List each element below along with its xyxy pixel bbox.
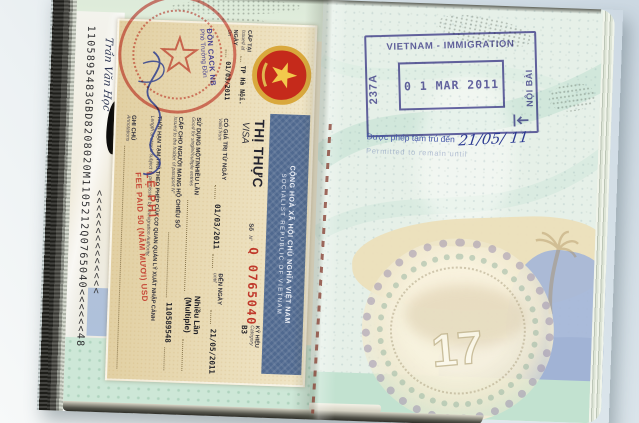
number-label-vi: Số: [247, 223, 253, 231]
entries-value: Nhiều Lần (Multiple): [182, 295, 201, 334]
valid-from-value: 01/03/2011: [212, 204, 223, 249]
immigration-entry-stamp: VIETNAM - IMMIGRATION 237A NỘI BÀI 0 1 M…: [364, 31, 539, 137]
valid-until-label-en: until: [210, 273, 216, 305]
dotted-leader: [210, 310, 211, 324]
passport-booklet: 1105895483GBD8208020M1105212Q0765040<<<<…: [37, 0, 623, 423]
stamp-header: VIETNAM - IMMIGRATION: [366, 38, 534, 53]
dotted-leader: [185, 200, 189, 291]
entries-value-line1: Nhiều Lần: [192, 296, 202, 335]
issued-at-label-en: Issued at: [239, 30, 245, 52]
entries-row: SỬ DỤNG MỘT/NHIỀU LẦN Good for single/mu…: [181, 117, 208, 373]
passport-number-value: 110589548: [163, 302, 173, 343]
visa-category-block: KÝ HIỆU Category B3: [237, 325, 260, 382]
stamp-serial: 237A: [367, 74, 380, 105]
visa-number-label: Số N°: [244, 223, 262, 241]
visa-title-vi: THỊ THỰC: [250, 119, 267, 188]
number-label-en: N°: [247, 235, 253, 241]
page-number-watermark: 17: [429, 320, 485, 378]
valid-until-value: 21/05/2011: [207, 329, 218, 374]
passport-photo: 1105895483GBD8208020M1105212Q0765040<<<<…: [0, 0, 639, 423]
entries-value-line2: (Multiple): [183, 297, 193, 333]
valid-until-label: ĐẾN NGÀY until: [210, 273, 223, 305]
visa-title-en: VISA: [239, 122, 251, 144]
entries-label: SỬ DỤNG MỘT/NHIỀU LẦN Good for single/mu…: [187, 117, 202, 195]
issued-at-value: TP Hà Nội.: [237, 66, 246, 105]
annotation-handwritten-date: 21/05/ 11: [458, 130, 530, 150]
dotted-leader: [182, 339, 184, 371]
valid-from-label: CÓ GIÁ TRỊ TỪ NGÀY Valid from: [214, 118, 228, 180]
vietnam-emblem-icon: [250, 43, 314, 107]
visa-title-band: CỘNG HOÀ XÃ HỘI CHỦ NGHĨA VIỆT NAM SOCIA…: [261, 114, 310, 375]
annotation-printed-vi: Được phép tạm trú đến: [366, 131, 455, 144]
fee-paid-stamp: LỆ PHÍ FEE PAID 50 (NĂM MƯƠI) USD: [134, 171, 166, 372]
issued-at-label: CẤP TẠI Issued at: [239, 30, 251, 52]
visa-page-17: 17 VIETNAM - IMMIGRATION 237A NỘI BÀI 0 …: [309, 0, 615, 423]
dotted-leader: [240, 56, 241, 62]
dotted-leader: [212, 254, 213, 268]
stamp-port-name: NỘI BÀI: [524, 69, 535, 107]
stamp-date-box: 0 1 MAR 2011: [398, 60, 505, 111]
dotted-leader: [166, 233, 169, 297]
visa-number-value: Q 0765040: [244, 247, 261, 326]
entry-arrow-icon: [511, 112, 531, 129]
validity-row: CÓ GIÁ TRỊ TỪ NGÀY Valid from 01/03/2011…: [207, 118, 228, 374]
dotted-leader: [214, 185, 215, 199]
star-icon: [159, 34, 200, 75]
